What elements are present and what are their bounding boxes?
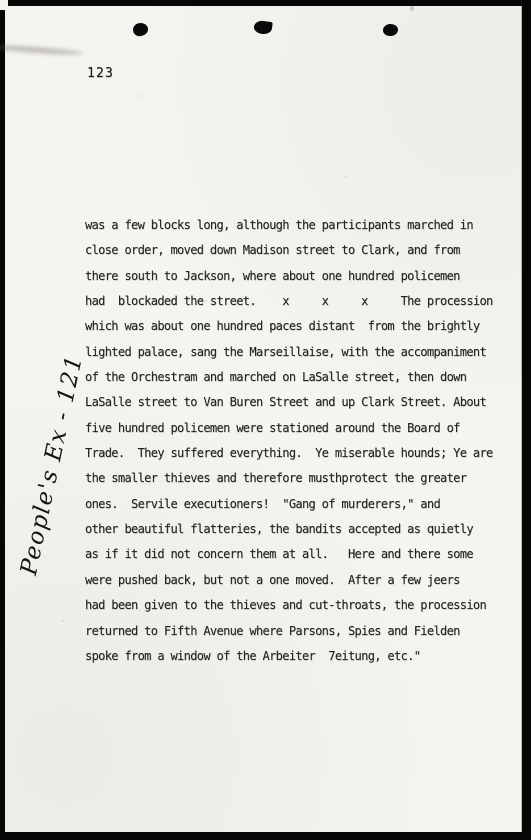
- scan-speckle: [410, 6, 414, 11]
- text-line: ones. Servile executioners! "Gang of mur…: [85, 492, 515, 517]
- text-line: Trade. They suffered everything. Ye mise…: [85, 441, 515, 466]
- scanned-document-page: 123 People's Ex - 121 was a few blocks l…: [0, 0, 531, 840]
- scan-edge-left: [0, 10, 5, 840]
- text-line: as if it did not concern them at all. He…: [85, 542, 515, 567]
- ink-dot-right-icon: [382, 23, 398, 37]
- scan-smudge: [0, 44, 83, 57]
- text-line: LaSalle street to Van Buren Street and u…: [85, 390, 515, 415]
- scan-edge-bottom: [0, 832, 531, 840]
- text-line: was a few blocks long, although the part…: [85, 213, 515, 238]
- text-line: there south to Jackson, where about one …: [85, 264, 515, 289]
- ink-dot-center-icon: [253, 20, 273, 35]
- text-line: the smaller thieves and therefore musthp…: [85, 466, 515, 491]
- text-line: five hundred policemen were stationed ar…: [85, 416, 515, 441]
- exhibit-number-handwritten: People's Ex - 121: [16, 352, 88, 577]
- scan-speckle: [345, 176, 347, 178]
- text-line: which was about one hundred paces distan…: [85, 314, 515, 339]
- text-line: had been given to the thieves and cut-th…: [85, 593, 515, 618]
- scan-edge-top: [8, 0, 531, 6]
- typewritten-text-block: was a few blocks long, although the part…: [85, 213, 515, 669]
- scan-speckle: [140, 95, 142, 97]
- page-number: 123: [87, 66, 114, 81]
- text-line: had blockaded the street. x x x The proc…: [85, 289, 515, 314]
- scan-edge-right: [522, 0, 531, 840]
- text-line: other beautiful flatteries, the bandits …: [85, 517, 515, 542]
- text-line: lighted palace, sang the Marseillaise, w…: [85, 340, 515, 365]
- text-line: close order, moved down Madison street t…: [85, 238, 515, 263]
- text-line: returned to Fifth Avenue where Parsons, …: [85, 619, 515, 644]
- text-line: of the Orchestram and marched on LaSalle…: [85, 365, 515, 390]
- ink-dot-left-icon: [132, 22, 149, 38]
- scan-speckle: [62, 620, 64, 622]
- text-line: spoke from a window of the Arbeiter 7eit…: [85, 644, 515, 669]
- text-line: were pushed back, but not a one moved. A…: [85, 568, 515, 593]
